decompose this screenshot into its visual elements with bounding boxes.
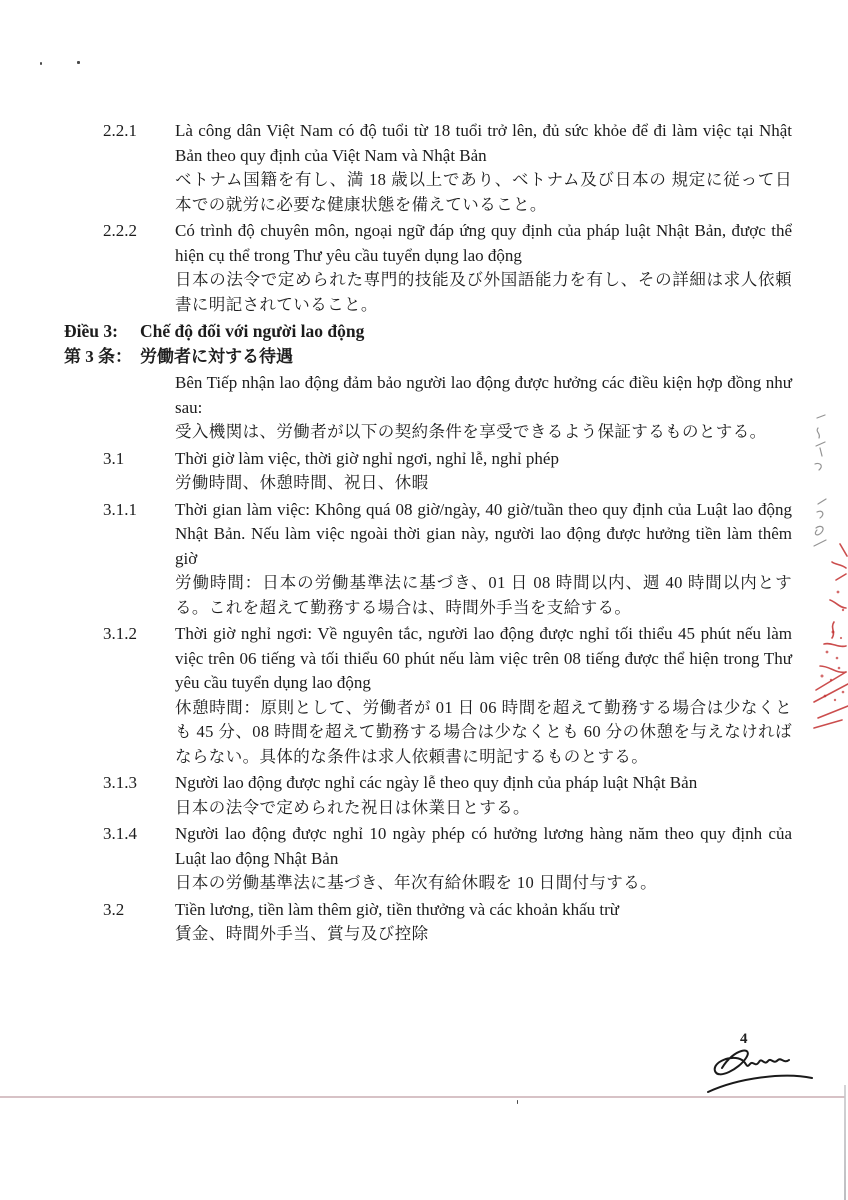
clause-text: Người lao động được nghỉ các ngày lễ the… xyxy=(175,771,792,820)
clause-text-vietnamese: Là công dân Việt Nam có độ tuổi từ 18 tu… xyxy=(175,119,792,168)
contract-body: 2.2.1Là công dân Việt Nam có độ tuổi từ … xyxy=(103,119,792,949)
clause-text-japanese: 日本の労働基準法に基づき、年次有給休暇を 10 日間付与する。 xyxy=(175,871,792,896)
clause-text-vietnamese: Người lao động được nghỉ 10 ngày phép có… xyxy=(175,822,792,871)
clause-text-vietnamese: Bên Tiếp nhận lao động đảm bảo người lao… xyxy=(175,371,792,420)
clause-text: Tiền lương, tiền làm thêm giờ, tiền thưở… xyxy=(175,898,792,947)
clause-row: 3.1.3Người lao động được nghỉ các ngày l… xyxy=(103,771,792,820)
document-page: 2.2.1Là công dân Việt Nam có độ tuổi từ … xyxy=(0,0,848,1200)
clause-number: 2.2.2 xyxy=(103,219,175,317)
clause-number: 3.1.3 xyxy=(103,771,175,820)
article-heading-vn: Điều 3:Chế độ đối với người lao động xyxy=(64,319,792,344)
clause-text-japanese: 賃金、時間外手当、賞与及び控除 xyxy=(175,922,792,947)
clause-text: Là công dân Việt Nam có độ tuổi từ 18 tu… xyxy=(175,119,792,217)
clause-row: 2.2.2Có trình độ chuyên môn, ngoại ngữ đ… xyxy=(103,219,792,317)
clause-text-vietnamese: Tiền lương, tiền làm thêm giờ, tiền thưở… xyxy=(175,898,792,923)
scan-speck xyxy=(517,1100,518,1104)
clause-text-japanese: 休憩時間：原則として、労働者が 01 日 06 時間を超えて勤務する場合は少なく… xyxy=(175,696,792,770)
clause-text-japanese: 受入機関は、労働者が以下の契約条件を享受できるよう保証するものとする。 xyxy=(175,420,792,445)
clause-row: 3.1.4Người lao động được nghỉ 10 ngày ph… xyxy=(103,822,792,896)
intro-row: Bên Tiếp nhận lao động đảm bảo người lao… xyxy=(103,371,792,445)
clause-number: 3.1.1 xyxy=(103,498,175,621)
clause-text-vietnamese: Có trình độ chuyên môn, ngoại ngữ đáp ứn… xyxy=(175,219,792,268)
clause-text: Thời giờ nghỉ ngơi: Về nguyên tắc, người… xyxy=(175,622,792,769)
clause-row: 3.1.2Thời giờ nghỉ ngơi: Về nguyên tắc, … xyxy=(103,622,792,769)
article-number: 第 3 条： xyxy=(64,344,140,369)
pencil-scribble-icon xyxy=(808,412,834,557)
clause-text-vietnamese: Thời giờ nghỉ ngơi: Về nguyên tắc, người… xyxy=(175,622,792,696)
clause-row: 3.1.1Thời gian làm việc: Không quá 08 gi… xyxy=(103,498,792,621)
clause-text-japanese: 労働時間：日本の労働基準法に基づき、01 日 08 時間以内、週 40 時間以内… xyxy=(175,571,792,620)
scan-artifact-vline xyxy=(844,1085,846,1200)
clause-text-japanese: 日本の法令で定められた専門的技能及び外国語能力を有し、その詳細は求人依頼書に明記… xyxy=(175,268,792,317)
article-title: 労働者に対する待遇 xyxy=(140,344,293,369)
clause-text-japanese: 日本の法令で定められた祝日は休業日とする。 xyxy=(175,796,792,821)
clause-text-vietnamese: Thời gian làm việc: Không quá 08 giờ/ngà… xyxy=(175,498,792,572)
clause-text: Bên Tiếp nhận lao động đảm bảo người lao… xyxy=(175,371,792,445)
clause-text: Thời gian làm việc: Không quá 08 giờ/ngà… xyxy=(175,498,792,621)
clause-row: 3.1Thời giờ làm việc, thời giờ nghỉ ngơi… xyxy=(103,447,792,496)
signature-icon xyxy=(700,1040,820,1102)
clause-text: Thời giờ làm việc, thời giờ nghỉ ngơi, n… xyxy=(175,447,792,496)
article-title: Chế độ đối với người lao động xyxy=(140,319,364,344)
clause-row: 2.2.1Là công dân Việt Nam có độ tuổi từ … xyxy=(103,119,792,217)
article-number: Điều 3: xyxy=(64,319,140,344)
red-stamp-fragment xyxy=(812,540,848,732)
clause-text-japanese: ベトナム国籍を有し、満 18 歳以上であり、ベトナム及び日本の 規定に従って日本… xyxy=(175,168,792,217)
signature-scribble xyxy=(700,1040,820,1102)
stamp-icon xyxy=(812,540,848,732)
clause-number: 3.2 xyxy=(103,898,175,947)
article-heading-jp: 第 3 条：労働者に対する待遇 xyxy=(64,344,792,369)
clause-row: 3.2Tiền lương, tiền làm thêm giờ, tiền t… xyxy=(103,898,792,947)
clause-number xyxy=(103,371,175,445)
clause-text: Có trình độ chuyên môn, ngoại ngữ đáp ứn… xyxy=(175,219,792,317)
scan-speck xyxy=(40,62,42,65)
scan-artifact-hline xyxy=(0,1096,845,1098)
clause-text: Người lao động được nghỉ 10 ngày phép có… xyxy=(175,822,792,896)
scan-speck xyxy=(77,61,80,64)
article-heading: Điều 3:Chế độ đối với người lao động第 3 … xyxy=(64,319,792,369)
margin-handwriting-marks xyxy=(808,412,834,557)
clause-number: 3.1.2 xyxy=(103,622,175,769)
clause-text-vietnamese: Người lao động được nghỉ các ngày lễ the… xyxy=(175,771,792,796)
clause-number: 3.1.4 xyxy=(103,822,175,896)
clause-number: 2.2.1 xyxy=(103,119,175,217)
clause-text-vietnamese: Thời giờ làm việc, thời giờ nghỉ ngơi, n… xyxy=(175,447,792,472)
clause-number: 3.1 xyxy=(103,447,175,496)
clause-text-japanese: 労働時間、休憩時間、祝日、休暇 xyxy=(175,471,792,496)
